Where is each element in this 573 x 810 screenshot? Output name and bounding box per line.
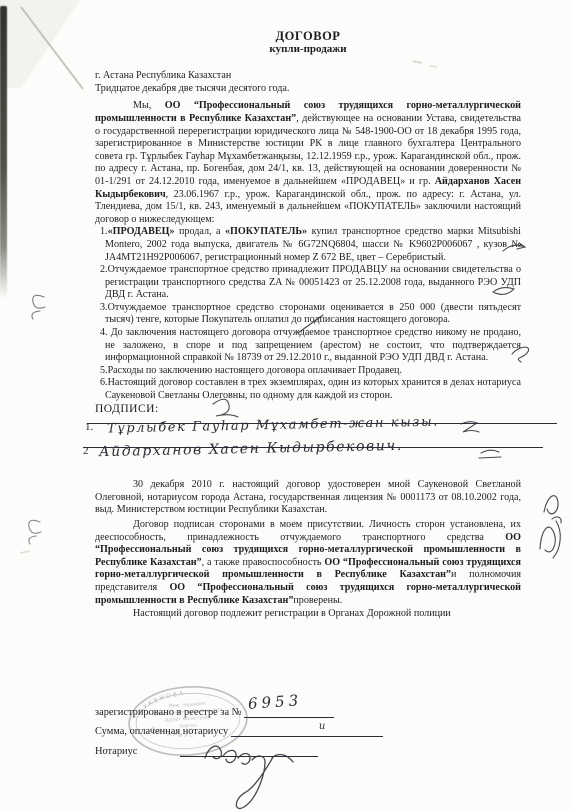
sum-line: и: [231, 725, 383, 737]
registry-row: зарегистрировано в реестре за № 6953: [95, 706, 334, 718]
buyer-signature-flourish: [540, 521, 560, 558]
sum-handwritten-mark: и: [319, 721, 325, 732]
buyer-handwritten-name: Айдарханов Хасен Кыдырбекович.: [99, 440, 403, 459]
signature-line: [83, 447, 543, 448]
notary-signature-line: [180, 745, 318, 757]
preamble-paragraph: Мы, ОО “Профессиональный союз трудящихся…: [95, 100, 521, 226]
clause-1: 1.«ПРОДАВЕЦ» продал, а «ПОКУПАТЕЛЬ» купи…: [95, 226, 521, 264]
contract-subtitle: купли-продажи: [95, 43, 521, 56]
notary-certification-paragraph: 30 декабря 2010 г. настоящий договор удо…: [95, 479, 521, 517]
clause-2: 2.Отчуждаемое транспортное средство прин…: [95, 264, 521, 302]
sum-label: Сумма, оплаченная нотариусу: [95, 726, 228, 737]
scan-smudge: [20, 551, 30, 553]
signatures-block: 1. Тұрлыбек Гауһар Мұхамбет-жан кызы. 2 …: [95, 419, 521, 479]
clause-5: 5.Расходы по заключению настоящего догов…: [95, 365, 521, 378]
clause-3: 3.Отчуждаемое транспортное средство стор…: [95, 302, 521, 327]
scan-left-edge-shadow: [0, 6, 7, 298]
notary-label: Нотариус: [95, 746, 137, 757]
registration-note: Настоящий договор подлежит регистрации в…: [95, 608, 521, 621]
contract-title: ДОГОВОР: [95, 30, 521, 43]
date-line: Тридцатое декабря две тысячи десятого го…: [95, 83, 521, 96]
clause-4: 4. До заключения настоящего договора отч…: [95, 327, 521, 365]
scanned-contract-page: САУКЕНОВА НОТАРИУС Мем. лицензия Қазақст…: [0, 0, 573, 810]
clause-6: 6.Настоящий договор составлен в трех экз…: [95, 377, 521, 402]
notary-verification-paragraph: Договор подписан сторонами в моем присут…: [95, 519, 521, 607]
pen-mark-margin-left-2: [29, 520, 41, 544]
signatures-heading: ПОДПИСИ:: [95, 403, 521, 416]
registry-label: зарегистрировано в реестре за №: [95, 707, 242, 718]
corner-fold-shadow: [0, 0, 80, 88]
place-line: г. Астана Республика Казахстан: [95, 70, 521, 83]
registry-number-line: 6953: [244, 706, 334, 718]
corner-fold-crease: [21, 7, 83, 89]
pen-mark-margin-left-1: [32, 295, 45, 319]
notary-row: Нотариус: [95, 745, 318, 757]
seller-handwritten-name: Тұрлыбек Гауһар Мұхамбет-жан кызы.: [107, 417, 439, 437]
clauses-list: 1.«ПРОДАВЕЦ» продал, а «ПОКУПАТЕЛЬ» купи…: [95, 226, 521, 402]
signature-line: [87, 423, 557, 424]
contract-body: ДОГОВОР купли-продажи г. Астана Республи…: [95, 30, 521, 621]
seller-signature-flourish: [544, 496, 561, 523]
registry-number-handwritten: 6953: [248, 691, 303, 713]
sum-row: Сумма, оплаченная нотариусу и: [95, 725, 383, 737]
